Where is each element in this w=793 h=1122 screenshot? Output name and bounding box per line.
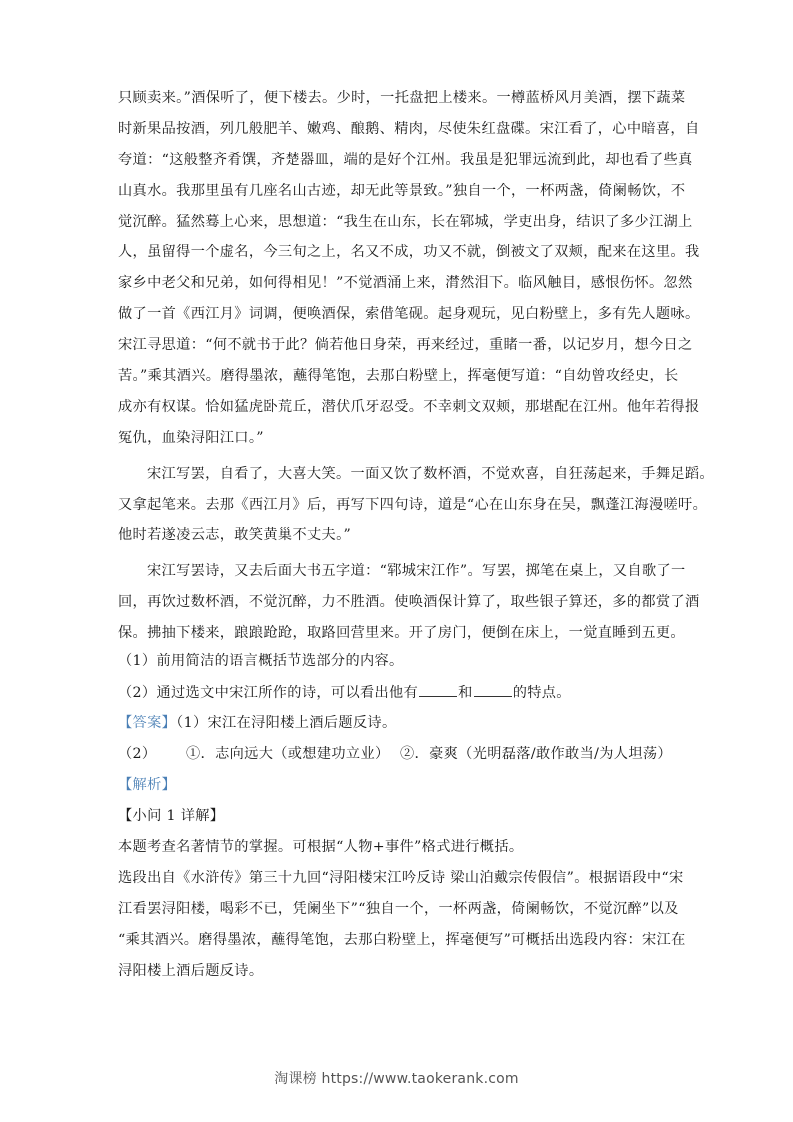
answer-2-item-2: ②．豪爽（光明磊落/敢作敢当/为人坦荡） — [400, 744, 672, 764]
footer-watermark: 淘课榜 https://www.taokerank.com — [0, 1068, 793, 1088]
paragraph-1: 只顾卖来。”酒保听了，便下楼去。少时，一托盘把上楼来。一樽蓝桥风月美酒，摆下蔬菜… — [118, 88, 678, 448]
text-line: 苦。”乘其酒兴。磨得墨浓，蘸得笔饱，去那白粉壁上，挥毫便写道：“自幼曾攻经史，长 — [118, 366, 678, 386]
analysis-text-line: 本题考查名著情节的掌握。可根据“人物+事件”格式进行概括。 — [118, 837, 678, 857]
paragraph-3: 宋江写罢诗，又去后面大书五字道：“郓城宋江作”。写罢，掷笔在桌上，又自歌了一 回… — [118, 561, 678, 643]
text-line: 宋江写罢诗，又去后面大书五字道：“郓城宋江作”。写罢，掷笔在桌上，又自歌了一 — [118, 561, 678, 581]
text-line: 家乡中老父和兄弟，如何得相见！”不觉酒涌上来，潸然泪下。临风触目，感恨伤怀。忽然 — [118, 273, 678, 293]
answer-tag: 【答案】 — [118, 715, 176, 731]
analysis-subheading: 【小问 1 详解】 — [118, 806, 678, 826]
question-2-prefix: （2）通过选文中宋江所作的诗，可以看出他有 — [118, 685, 418, 701]
analysis-tag: 【解析】 — [118, 777, 176, 793]
text-line: 觉沉醉。猛然蓦上心来，思想道：“我生在山东，长在郓城，学吏出身，结识了多少江湖上 — [118, 212, 678, 232]
text-line: 夸道：“这般整齐肴馔，齐楚器皿，端的是好个江州。我虽是犯罪远流到此，却也看了些真 — [118, 150, 678, 170]
analysis-text-line: “乘其酒兴。磨得墨浓，蘸得笔饱，去那白粉壁上，挥毫便写”可概括出选段内容：宋江在 — [118, 930, 678, 950]
paragraph-2: 宋江写罢，自看了，大喜大笑。一面又饮了数杯酒，不觉欢喜，自狂荡起来，手舞足蹈。 … — [118, 464, 678, 546]
answer-line-2: （2）①．志向远大（或想建功立业）②．豪爽（光明磊落/敢作敢当/为人坦荡） — [118, 744, 678, 764]
analysis-line: 【解析】 — [118, 775, 678, 795]
answer-2-item-1: ①．志向远大（或想建功立业） — [186, 744, 400, 764]
text-line: 做了一首《西江月》词调，便唤酒保，索借笔砚。起身观玩，见白粉壁上，多有先人题咏。 — [118, 304, 678, 324]
question-2: （2）通过选文中宋江所作的诗，可以看出他有和的特点。 — [118, 682, 678, 702]
text-line: 人，虽留得一个虚名，今三旬之上，名又不成，功又不就，倒被文了双颊，配来在这里。我 — [118, 242, 678, 262]
text-line: 山真水。我那里虽有几座名山古迹，却无此等景致。”独自一个，一杯两盏，倚阑畅饮，不 — [118, 181, 678, 201]
answer-1: （1）宋江在浔阳楼上酒后题反诗。 — [176, 715, 396, 731]
analysis-text-line: 浔阳楼上酒后题反诗。 — [118, 961, 678, 981]
text-line: 宋江写罢，自看了，大喜大笑。一面又饮了数杯酒，不觉欢喜，自狂荡起来，手舞足蹈。 — [118, 464, 678, 484]
passage: 只顾卖来。”酒保听了，便下楼去。少时，一托盘把上楼来。一樽蓝桥风月美酒，摆下蔬菜… — [118, 88, 678, 643]
answer-line-1: 【答案】（1）宋江在浔阳楼上酒后题反诗。 — [118, 713, 678, 733]
answer-blank-2 — [474, 682, 512, 697]
analysis-text-line: 江看罢浔阳楼，喝彩不已，凭阑坐下”“独自一个，一杯两盏，倚阑畅饮，不觉沉醉”以及 — [118, 899, 678, 919]
analysis-text-line: 选段出自《水浒传》第三十九回“浔阳楼宋江吟反诗 梁山泊戴宗传假信”。根据语段中“… — [118, 868, 678, 888]
question-2-suffix: 的特点。 — [513, 685, 571, 701]
answer-2-label: （2） — [118, 744, 186, 764]
text-line: 时新果品按酒，列几般肥羊、嫩鸡、酿鹅、精肉，尽使朱红盘碟。宋江看了，心中暗喜，自 — [118, 119, 678, 139]
question-2-mid: 和 — [458, 685, 473, 701]
text-line: 只顾卖来。”酒保听了，便下楼去。少时，一托盘把上楼来。一樽蓝桥风月美酒，摆下蔬菜 — [118, 88, 678, 108]
question-1: （1）前用简洁的语言概括节选部分的内容。 — [118, 651, 678, 671]
text-line: 他时若遂凌云志，敢笑黄巢不丈夫。” — [118, 525, 678, 545]
text-line: 宋江寻思道：“何不就书于此？倘若他日身荣，再来经过，重睹一番，以记岁月，想今日之 — [118, 335, 678, 355]
text-line: 又拿起笔来。去那《西江月》后，再写下四句诗，道是“心在山东身在吴，飘蓬江海漫嗟吁… — [118, 495, 678, 515]
text-line: 回，再饮过数杯酒，不觉沉醉，力不胜酒。使唤酒保计算了，取些银子算还，多的都赏了酒 — [118, 592, 678, 612]
document-page: 只顾卖来。”酒保听了，便下楼去。少时，一托盘把上楼来。一樽蓝桥风月美酒，摆下蔬菜… — [118, 88, 678, 992]
text-line: 冤仇，血染浔阳江口。” — [118, 428, 678, 448]
text-line: 成亦有权谋。恰如猛虎卧荒丘，潜伏爪牙忍受。不幸刺文双颊，那堪配在江州。他年若得报 — [118, 397, 678, 417]
text-line: 保。拂抽下楼来，踉踉跄跄，取路回营里来。开了房门，便倒在床上，一觉直睡到五更。 — [118, 623, 678, 643]
questions: （1）前用简洁的语言概括节选部分的内容。 （2）通过选文中宋江所作的诗，可以看出… — [118, 651, 678, 981]
answer-blank-1 — [419, 682, 457, 697]
